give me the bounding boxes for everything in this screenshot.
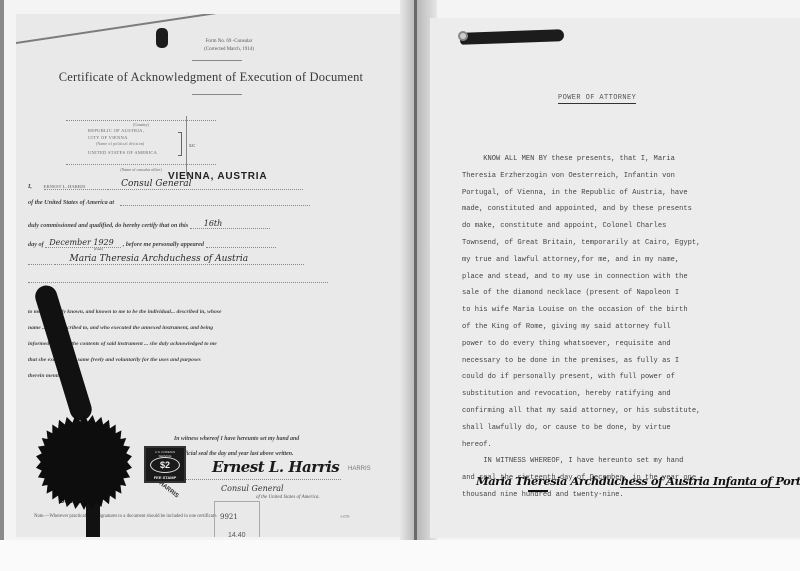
- poa-line: Townsend, of Great Britain, temporarily …: [462, 235, 787, 252]
- poa-title: POWER OF ATTORNEY: [558, 94, 636, 104]
- poa-line: hereof.: [462, 437, 787, 454]
- signature-flourish: [528, 490, 548, 492]
- stamp-cancellation: HARRIS: [158, 481, 180, 500]
- appearer-row: Maria Theresia Archduchess of Austria: [28, 254, 304, 265]
- form-number-text: Form No. 69 -Consular: [184, 38, 274, 46]
- signer-of-label: of the United States of America.: [256, 495, 320, 500]
- location-typed: VIENNA, AUSTRIA: [168, 171, 267, 182]
- poa-line: sale of the diamond necklace (present of…: [462, 285, 787, 302]
- divider: [192, 60, 242, 61]
- poa-body: KNOW ALL MEN BY these presents, that I, …: [462, 151, 787, 504]
- poa-line: to his wife Maria Louise on the occasion…: [462, 302, 787, 319]
- poa-line: substitution and revocation, hereby rati…: [462, 386, 787, 403]
- signature-line: [186, 479, 341, 480]
- paragraph-line: name ... she subscribed to, and who exec…: [28, 320, 332, 336]
- appeared-text: , before me personally appeared: [123, 241, 204, 248]
- ss-label: ss:: [189, 143, 196, 149]
- poa-line: shall lawfully do, or cause to be done, …: [462, 420, 787, 437]
- witness-line-1: In witness whereof I have hereunto set m…: [174, 432, 384, 447]
- poa-line: confirming all that my said attorney, or…: [462, 403, 787, 420]
- poa-line: KNOW ALL MEN BY these presents, that I, …: [462, 151, 787, 168]
- paragraph-line: to me personally known, and known to me …: [28, 304, 332, 320]
- archduchess-signature: Maria Theresia Archduchess of Austria In…: [476, 474, 800, 488]
- fee-stamp-value: $2: [150, 457, 180, 473]
- register-number: 9921: [220, 513, 238, 521]
- venue-line-2: CITY OF VIENNA: [88, 135, 128, 140]
- venue-top-rule: [66, 120, 216, 121]
- blank-row: [28, 276, 328, 283]
- poa-line: Theresia Erzherzogin von Oesterreich, In…: [462, 168, 787, 185]
- appeared-blank: [206, 247, 276, 248]
- form-revised-text: (Corrected March, 1914): [184, 46, 274, 54]
- venue-line-4: UNITED STATES OF AMERICA: [88, 150, 157, 155]
- venue-divider: [186, 116, 187, 176]
- form-code: 1-079: [340, 514, 349, 519]
- wax-seal-icon: [36, 414, 132, 510]
- certify-text: duly commissioned and qualified, do here…: [28, 222, 188, 229]
- divider: [192, 94, 242, 95]
- bottom-margin: [0, 540, 800, 571]
- register-amount: 14.40: [228, 532, 246, 537]
- power-of-attorney-page: POWER OF ATTORNEY KNOW ALL MEN BY these …: [430, 18, 800, 538]
- day-of-label: day of: [28, 241, 44, 248]
- fee-stamp: U.S. FOREIGN SERVICE $2 FEE STAMP: [144, 446, 186, 483]
- clip-ring-icon: [458, 31, 468, 41]
- paper-clip-icon: [156, 28, 168, 48]
- venue-line-1: REPUBLIC OF AUSTRIA,: [88, 128, 144, 133]
- signer-title-handwritten: Consul General: [221, 484, 284, 493]
- signer-typed-name: HARRIS: [348, 466, 371, 472]
- poa-line: made, constituted and appointed, and by …: [462, 201, 787, 218]
- certify-row: duly commissioned and qualified, do here…: [28, 219, 270, 229]
- signature-underline: [620, 487, 780, 488]
- day-handwritten: 16th: [190, 219, 270, 229]
- fee-stamp-footer: FEE STAMP: [146, 475, 184, 480]
- book-spread: Form No. 69 -Consular (Corrected March, …: [0, 0, 800, 571]
- political-division-label: (Name of political division): [96, 142, 144, 146]
- poa-line: IN WITNESS WHEREOF, I have hereunto set …: [462, 453, 787, 470]
- location-blank: [120, 205, 310, 206]
- month-year-handwritten: December 1929: [45, 238, 121, 248]
- poa-line: place and stead, and to my use in connec…: [462, 269, 787, 286]
- certificate-title: Certificate of Acknowledgment of Executi…: [26, 70, 396, 85]
- venue-block: (Country) REPUBLIC OF AUSTRIA, CITY OF V…: [66, 120, 220, 178]
- consul-signature: Ernest L. Harris: [212, 458, 339, 476]
- date-row: day of December 1929 , before me persona…: [28, 238, 276, 248]
- form-number: Form No. 69 -Consular (Corrected March, …: [184, 38, 274, 54]
- officer-name-typed: ERNEST L. HARRIS: [44, 184, 106, 190]
- poa-line: necessary to be done in the premises, as…: [462, 353, 787, 370]
- poa-line: do make, constitute and appoint, Colonel…: [462, 218, 787, 235]
- appearer-blank-left: [28, 264, 52, 265]
- appearer-handwritten: Maria Theresia Archduchess of Austria: [54, 254, 304, 265]
- poa-line: could do if personally present, with ful…: [462, 369, 787, 386]
- officer-prefix: I,: [28, 183, 32, 190]
- poa-line: my true and lawful attorney,for me, and …: [462, 252, 787, 269]
- certificate-page: Form No. 69 -Consular (Corrected March, …: [16, 14, 400, 537]
- poa-line: Portugal, of Vienna, in the Republic of …: [462, 185, 787, 202]
- location-prefix: of the United States of America at: [28, 199, 114, 206]
- venue-bottom-rule: [66, 164, 216, 165]
- left-book-edge: [0, 0, 4, 571]
- country-label: (Country): [66, 122, 216, 127]
- venue-bracket: [178, 132, 182, 156]
- paper-clip-icon: [460, 29, 564, 45]
- gutter-shadow-left: [400, 0, 414, 571]
- date-label: (Date): [94, 247, 103, 251]
- blank-line: [28, 282, 328, 283]
- location-row: of the United States of America at: [28, 199, 310, 206]
- poa-line: of the King of Rome, giving my said atto…: [462, 319, 787, 336]
- poa-line: power to do every thing whatsoever, requ…: [462, 336, 787, 353]
- poa-line: thousand nine hundred and twenty-nine.: [462, 487, 787, 504]
- footnote: Note.—Wherever practicable all signature…: [34, 514, 218, 519]
